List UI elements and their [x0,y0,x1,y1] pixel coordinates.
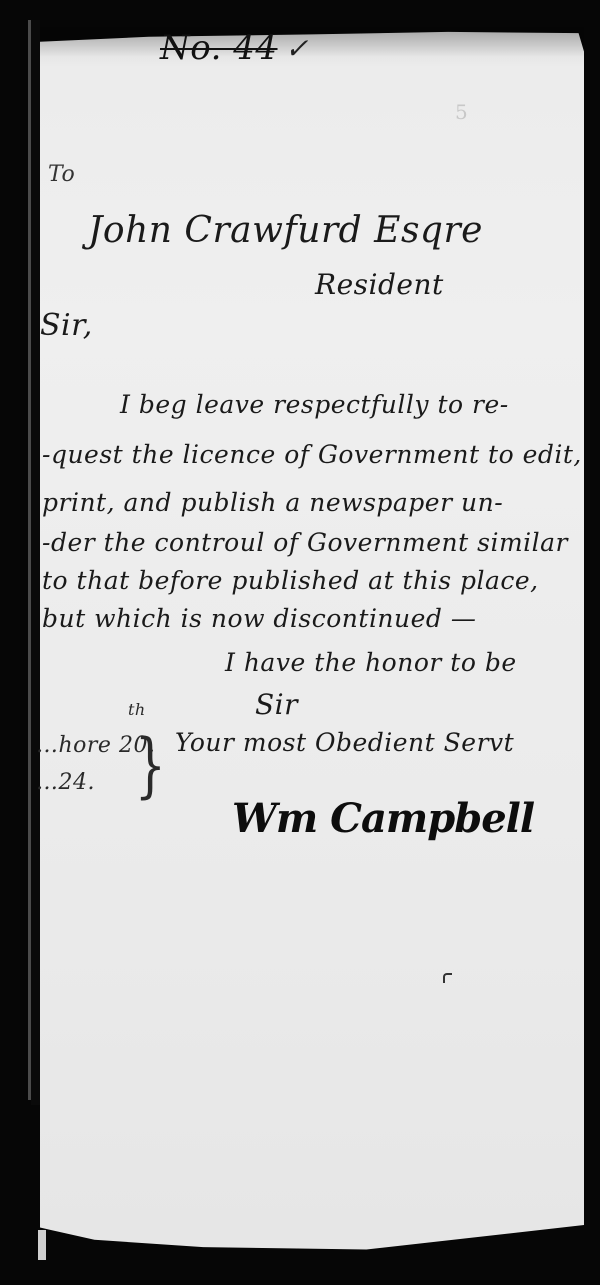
address-prefix: To [48,162,75,187]
stray-ink-mark [443,973,452,983]
body-line: but which is now discontinued — [42,604,476,633]
body-line: print, and publish a newspaper un- [42,488,503,517]
closing-sir: Sir [255,688,298,721]
page-tab-stub [38,1230,46,1260]
signature: Wm Campbell [232,795,534,842]
binding-gap [31,20,40,1105]
check-mark-icon: ✓ [285,32,309,65]
folio-number: No. 44 [160,28,278,68]
closing-line: Your most Obedient Servt [175,728,514,757]
addressee-name: John Crawfurd Esqre [88,210,483,251]
body-line: -quest the licence of Government to edit… [42,440,582,469]
body-line: I beg leave respectfully to re- [120,390,509,419]
body-line: -der the controul of Government similar [42,528,568,557]
margin-superscript: th [128,700,146,719]
closing-line: I have the honor to be [225,648,517,677]
binding-edge [28,20,31,1100]
margin-note-year: …24. [36,770,95,795]
scanned-document: No. 44 ✓ 5 To John Crawfurd Esqre Reside… [0,0,600,1285]
faint-pencil-mark: 5 [455,100,468,124]
brace-icon: } [135,724,167,806]
addressee-title: Resident [315,268,444,301]
salutation: Sir, [40,308,93,343]
body-line: to that before published at this place, [42,566,539,595]
